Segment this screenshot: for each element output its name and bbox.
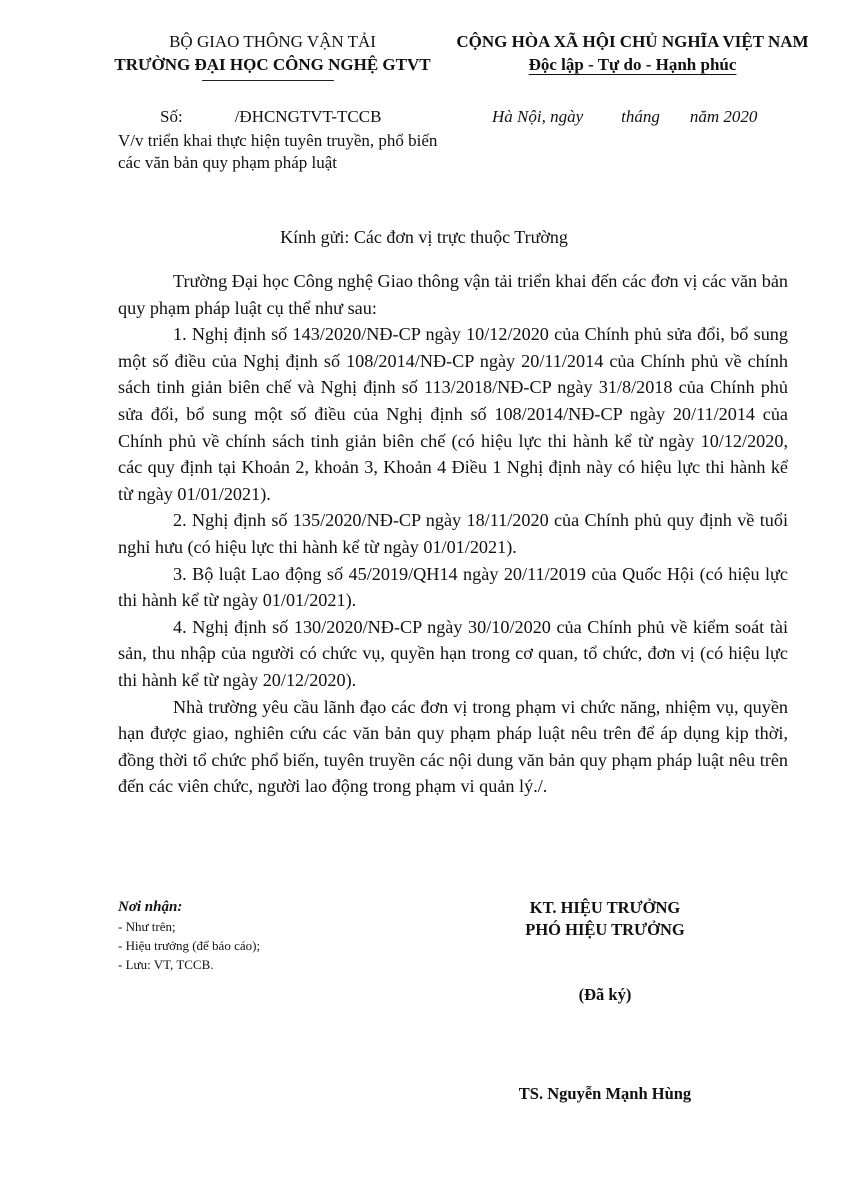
signed-status: (Đã ký)	[470, 985, 740, 1005]
date-year: năm 2020	[690, 107, 758, 126]
national-header: CỘNG HÒA XÃ HỘI CHỦ NGHĨA VIỆT NAM Độc l…	[430, 30, 835, 76]
ministry-name: BỘ GIAO THÔNG VẬN TẢI	[95, 30, 450, 53]
recipient-line: Kính gửi: Các đơn vị trực thuộc Trường	[0, 227, 848, 248]
distribution-item: - Hiệu trưởng (để báo cáo);	[118, 936, 260, 955]
intro-paragraph: Trường Đại học Công nghệ Giao thông vận …	[118, 268, 788, 321]
item-paragraph-1: 1. Nghị định số 143/2020/NĐ-CP ngày 10/1…	[118, 321, 788, 507]
signature-title-1: KT. HIỆU TRƯỞNG	[470, 897, 740, 919]
document-date: Hà Nội, ngàythángnăm 2020	[492, 107, 757, 127]
school-name: TRƯỜNG ĐẠI HỌC CÔNG NGHỆ GTVT	[95, 53, 450, 76]
issuer-header: BỘ GIAO THÔNG VẬN TẢI TRƯỜNG ĐẠI HỌC CÔN…	[95, 30, 450, 76]
document-subject: V/v triển khai thực hiện tuyên truyền, p…	[118, 130, 438, 174]
document-body: Trường Đại học Công nghệ Giao thông vận …	[118, 268, 788, 800]
number-label: Số:	[160, 107, 183, 126]
signature-block: KT. HIỆU TRƯỞNG PHÓ HIỆU TRƯỞNG	[470, 897, 740, 941]
number-code: /ĐHCNGTVT-TCCB	[235, 107, 382, 126]
date-place-day: Hà Nội, ngày	[492, 107, 583, 126]
item-paragraph-3: 3. Bộ luật Lao động số 45/2019/QH14 ngày…	[118, 561, 788, 614]
school-name-rule	[202, 80, 334, 81]
item-paragraph-4: 4. Nghị định số 130/2020/NĐ-CP ngày 30/1…	[118, 614, 788, 694]
distribution-item: - Như trên;	[118, 917, 260, 936]
nation-name: CỘNG HÒA XÃ HỘI CHỦ NGHĨA VIỆT NAM	[430, 30, 835, 53]
national-motto: Độc lập - Tự do - Hạnh phúc	[430, 53, 835, 76]
item-paragraph-2: 2. Nghị định số 135/2020/NĐ-CP ngày 18/1…	[118, 507, 788, 560]
date-month: tháng	[621, 107, 660, 126]
document-number: Số:/ĐHCNGTVT-TCCB	[160, 107, 381, 127]
distribution-title: Nơi nhận:	[118, 897, 260, 917]
closing-paragraph: Nhà trường yêu cầu lãnh đạo các đơn vị t…	[118, 694, 788, 800]
distribution-item: - Lưu: VT, TCCB.	[118, 955, 260, 974]
signer-name: TS. Nguyễn Mạnh Hùng	[470, 1084, 740, 1104]
distribution-list: Nơi nhận: - Như trên; - Hiệu trưởng (để …	[118, 897, 260, 974]
signature-title-2: PHÓ HIỆU TRƯỞNG	[470, 919, 740, 941]
